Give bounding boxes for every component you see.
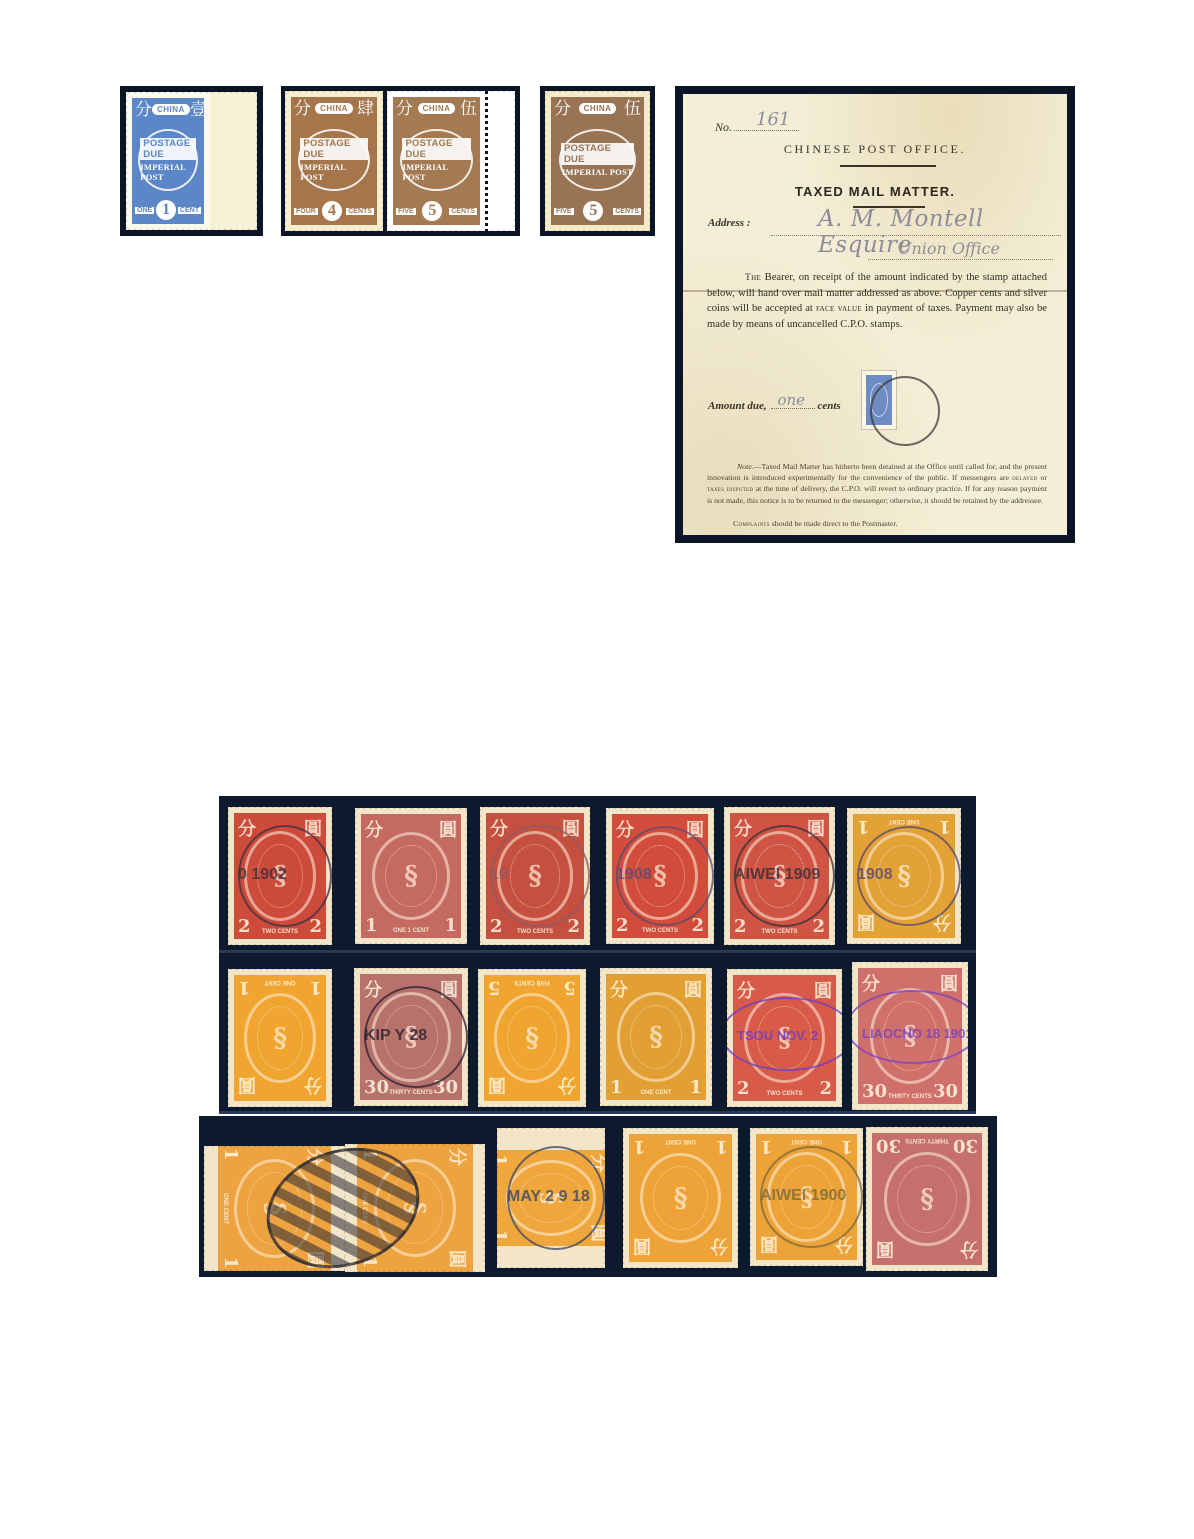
dragon-icon: §	[674, 1183, 688, 1213]
corner-numeral: 圓	[488, 1073, 506, 1099]
corner-numeral: 分	[734, 815, 752, 841]
value-label: ONE CENT	[853, 818, 955, 824]
address-line-2-rule	[868, 259, 1053, 260]
corner-numeral: 分	[862, 970, 880, 996]
dragon-medallion: §	[767, 1152, 846, 1241]
used-coiling-dragon-stamp: 分 圓 1 1 § ONE CENT	[623, 1128, 738, 1268]
corner-numeral: 圓	[587, 1224, 605, 1242]
corner-numeral: 圓	[876, 1237, 894, 1263]
used-coiling-dragon-stamp: 分 圓 1 1 § ONE 1 CENT	[355, 808, 467, 944]
taxed-mail-notice: No.161 CHINESE POST OFFICE. TAXED MAIL M…	[683, 94, 1067, 535]
notice-title: TAXED MAIL MATTER.	[683, 184, 1067, 199]
note-text-1: —Taxed Mail Matter has hitherto been det…	[707, 462, 1047, 482]
dragon-medallion: §	[244, 831, 316, 920]
address-label: Address :	[708, 217, 750, 229]
country-label: CHINA	[418, 103, 456, 114]
dragon-medallion: §	[622, 832, 697, 920]
corner-numeral: 分	[710, 1234, 728, 1260]
taxed-mail-notice-frame: No.161 CHINESE POST OFFICE. TAXED MAIL M…	[675, 86, 1075, 543]
cjk-fen: 分	[396, 101, 413, 118]
corner-numeral: 圓	[684, 976, 702, 1002]
value-label: TWO CENTS	[730, 929, 829, 935]
notice-number: No.161	[715, 120, 799, 135]
postage-due-block-3: 分CHINA伍 POSTAGE DUEIMPERIAL POST FIVE5CE…	[540, 86, 655, 236]
corner-numeral: 圓	[238, 1073, 256, 1099]
value-label: ONE CENT	[629, 1138, 732, 1144]
dragon-icon: §	[525, 1023, 539, 1053]
value-label: ONE CENT	[756, 1138, 857, 1144]
dragon-icon: §	[404, 861, 418, 891]
cjk-value: 肆	[357, 101, 374, 118]
value-label: ONE CENT	[234, 979, 326, 985]
dragon-medallion: §	[494, 993, 569, 1082]
country-label: CHINA	[315, 103, 353, 114]
corner-numeral: 分	[933, 910, 951, 936]
country-label: CHINA	[579, 103, 617, 114]
dragon-icon: §	[653, 861, 667, 891]
postage-due-block-1: 分CHINA壹 POSTAGE DUEIMPERIAL POST ONE1CEN…	[120, 86, 263, 236]
dragon-icon: §	[404, 1022, 418, 1052]
dragon-icon: §	[273, 1023, 287, 1053]
value-word: ONE	[135, 207, 154, 214]
used-coiling-dragon-stamp: 分 圓 2 2 § TWO CENTS 0 1902	[228, 807, 332, 945]
value-word: FOUR	[294, 208, 318, 215]
corner-numeral: 分	[558, 1073, 576, 1099]
circular-postmark	[870, 376, 940, 446]
corner-numeral: 分	[616, 816, 634, 842]
complaints-line: Complaints should be made direct to the …	[733, 519, 898, 528]
cjk-value: 伍	[460, 101, 477, 118]
strip-divider	[219, 950, 976, 953]
dragon-medallion: §	[884, 1152, 969, 1245]
imperial-post-label: IMPERIAL POST	[140, 162, 195, 182]
amount-unit: cents	[817, 400, 840, 412]
dragon-medallion: §	[372, 832, 450, 920]
value-numeral: 1	[156, 200, 176, 220]
corner-numeral: 圓	[760, 1232, 778, 1258]
complaints-text: should be made direct to the Postmaster.	[770, 519, 898, 528]
corner-numeral: 分	[610, 976, 628, 1002]
corner-numeral: 分	[587, 1154, 605, 1172]
used-coiling-dragon-stamp: 分 圓 2 2 § TWO CENTS 1908	[606, 808, 714, 944]
value-unit: CENTS	[449, 208, 477, 215]
value-numeral: 5	[583, 201, 603, 221]
postage-due-label: POSTAGE DUE	[402, 138, 470, 160]
dragon-medallion: §	[506, 1160, 596, 1235]
amount-value: one	[777, 391, 805, 409]
face-value: face value	[816, 304, 862, 314]
bearer-paragraph: The Bearer, on receipt of the amount ind…	[707, 270, 1047, 332]
note-text-2: at the time of delivery, the C.P.O. will…	[707, 484, 1047, 504]
value-unit: CENT	[178, 207, 201, 214]
used-coiling-dragon-stamp: 分 圓 2 2 § TWO CENTS 10	[480, 807, 590, 945]
cjk-fen: 分	[294, 101, 311, 118]
corner-numeral: 1	[497, 1229, 510, 1242]
dragon-icon: §	[773, 861, 787, 891]
value-label: THIRTY CENTS	[872, 1137, 982, 1143]
imperial-post-label: IMPERIAL POST	[562, 167, 633, 177]
dragon-medallion: §	[744, 993, 824, 1082]
corner-numeral: 圓	[807, 815, 825, 841]
corner-numeral: 圓	[562, 815, 580, 841]
note-paragraph: Note.—Taxed Mail Matter has hitherto bee…	[707, 461, 1047, 506]
postage-due-stamp-5c-selvage: 分CHINA伍 POSTAGE DUEIMPERIAL POST FIVE5CE…	[387, 91, 515, 231]
dragon-icon: §	[897, 861, 911, 891]
corner-numeral: 分	[238, 815, 256, 841]
dragon-medallion: §	[371, 992, 450, 1081]
value-label: THIRTY CENTS	[360, 1090, 462, 1096]
value-label: FIVE CENTS	[484, 979, 580, 985]
corner-numeral: 圓	[445, 1250, 471, 1268]
corner-numeral: 分	[304, 1073, 322, 1099]
dragon-medallion: §	[244, 993, 316, 1082]
value-label: TWO CENTS	[612, 928, 708, 934]
value-label: TWO CENTS	[733, 1091, 836, 1097]
dragon-medallion: §	[741, 831, 818, 920]
dragon-icon: §	[649, 1022, 663, 1052]
used-coiling-dragon-stamp: 分 圓 1 1 § ONE CENT	[228, 969, 332, 1107]
amount-label: Amount due,	[708, 400, 767, 412]
dragon-medallion: §	[870, 988, 951, 1084]
value-numeral: 5	[422, 201, 442, 221]
amount-due: Amount due, onecents	[708, 400, 841, 412]
cjk-fen: 分	[135, 102, 152, 119]
corner-numeral: 圓	[633, 1234, 651, 1260]
used-coiling-dragon-stamp: 分 圓 30 30 § THIRTY CENTS	[866, 1127, 988, 1271]
country-label: CHINA	[152, 104, 190, 115]
note-delayed: delayed	[1012, 473, 1037, 482]
corner-numeral: 分	[365, 816, 383, 842]
corner-numeral: 1	[497, 1154, 510, 1167]
dragon-icon: §	[920, 1184, 934, 1214]
value-label: ONE 1 CENT	[361, 928, 461, 934]
corner-numeral: 分	[835, 1232, 853, 1258]
value-label: TWO CENTS	[234, 929, 326, 935]
value-word: FIVE	[396, 208, 416, 215]
corner-numeral: 圓	[686, 816, 704, 842]
postage-due-label: POSTAGE DUE	[300, 138, 367, 160]
imperial-post-label: IMPERIAL POST	[300, 162, 367, 182]
value-label: ONE CENT	[606, 1090, 706, 1096]
dragon-icon: §	[903, 1021, 917, 1051]
cjk-value: 壹	[190, 102, 207, 119]
dragon-icon: §	[778, 1023, 792, 1053]
corner-numeral: 圓	[440, 976, 458, 1002]
used-coiling-dragon-stamp: 分 圓 2 2 § TWO CENTS TSOU NOV. 2	[727, 969, 842, 1107]
value-label: TWO CENTS	[486, 929, 584, 935]
postage-due-stamp-4c: 分CHINA肆 POSTAGE DUEIMPERIAL POST FOUR4CE…	[285, 91, 383, 231]
dragon-icon: §	[528, 861, 542, 891]
note-disputed: disputed	[724, 484, 753, 493]
corner-numeral: 分	[737, 977, 755, 1003]
used-coiling-dragon-stamp: 分 圓 2 2 § TWO CENTS AIWEI 1909	[724, 807, 835, 945]
value-word: FIVE	[554, 208, 574, 215]
number-value: 161	[756, 109, 790, 130]
corner-numeral: 圓	[857, 910, 875, 936]
cjk-fen: 分	[554, 101, 571, 118]
complaints-label: Complaints	[733, 519, 770, 528]
postage-due-stamp-1c: 分CHINA壹 POSTAGE DUEIMPERIAL POST ONE1CEN…	[126, 92, 257, 230]
body-lead: The	[745, 273, 761, 283]
address-handwritten-2: Union Office	[898, 239, 1000, 258]
imperial-post-label: IMPERIAL POST	[402, 162, 470, 182]
note-label: Note.	[737, 462, 754, 471]
postage-due-block-2: 分CHINA肆 POSTAGE DUEIMPERIAL POST FOUR4CE…	[281, 86, 520, 236]
value-unit: CENTS	[346, 208, 374, 215]
used-coiling-dragon-stamp: 分 圓 1 1 § ONE CENT AIWEI 1900	[750, 1128, 863, 1266]
corner-numeral: 分	[490, 815, 508, 841]
corner-numeral: 分	[960, 1237, 978, 1263]
note-taxes: taxes	[707, 484, 724, 493]
number-label: No.	[715, 120, 732, 134]
dragon-icon: §	[536, 1191, 566, 1205]
dragon-medallion: §	[864, 832, 943, 920]
corner-numeral: 圓	[814, 977, 832, 1003]
used-coiling-dragon-stamp: 分 圓 1 1 § ONE CENT MAY 2 9 18	[497, 1128, 605, 1268]
heading-rule	[840, 165, 936, 167]
corner-numeral: 分	[364, 976, 382, 1002]
used-coiling-dragon-stamp: 分 圓 5 5 § FIVE CENTS	[478, 969, 586, 1107]
corner-numeral: 圓	[304, 815, 322, 841]
dragon-medallion: §	[497, 831, 574, 920]
value-numeral: 4	[322, 201, 342, 221]
postage-due-stamp-5c: 分CHINA伍 POSTAGE DUEIMPERIAL POST FIVE5CE…	[545, 91, 650, 231]
dragon-icon: §	[273, 861, 287, 891]
corner-numeral: 圓	[439, 816, 457, 842]
postage-due-label: POSTAGE DUE	[561, 143, 634, 165]
used-coiling-dragon-stamp: 分 圓 30 30 § THIRTY CENTS KIP Y 28	[354, 968, 468, 1106]
dragon-medallion: §	[617, 992, 695, 1081]
used-coiling-dragon-stamp: 分 圓 1 1 § ONE CENT 1908	[847, 808, 961, 944]
corner-numeral: 分	[445, 1148, 471, 1166]
office-heading: CHINESE POST OFFICE.	[683, 142, 1067, 157]
value-unit: CENTS	[613, 208, 641, 215]
dragon-icon: §	[800, 1182, 814, 1212]
note-or: or	[1037, 473, 1047, 482]
corner-numeral: 圓	[940, 970, 958, 996]
used-coiling-dragon-stamp: 分 圓 30 30 § THIRTY CENTS LIAOCHO 18 1901	[852, 962, 968, 1110]
value-label: ONE CENT	[222, 1146, 228, 1271]
postage-due-label: POSTAGE DUE	[140, 138, 195, 160]
cjk-value: 伍	[624, 101, 641, 118]
used-coiling-dragon-stamp: 分 圓 1 1 § ONE CENT	[600, 968, 712, 1106]
value-label: THIRTY CENTS	[858, 1094, 962, 1100]
strip-divider	[219, 1111, 976, 1114]
dragon-medallion: §	[640, 1153, 720, 1243]
